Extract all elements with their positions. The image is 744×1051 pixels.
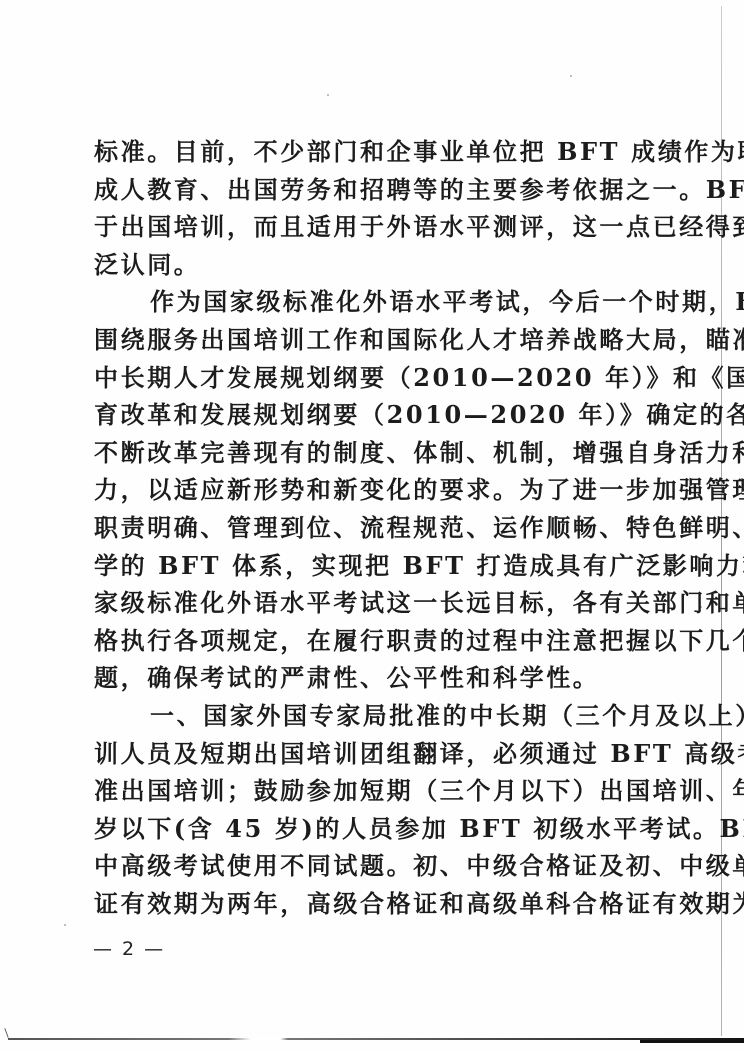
text-line: 中高级考试使用不同试题。初、中级合格证及初、中级单科合格	[94, 847, 666, 885]
text-line: 标准。目前，不少部门和企事业单位把 BFT 成绩作为职称评定、	[94, 133, 666, 171]
text-line: 不断改革完善现有的制度、体制、机制，增强自身活力和发展动	[94, 434, 666, 472]
text-line: 题，确保考试的严肃性、公平性和科学性。	[94, 659, 666, 697]
scan-edge-bottom-line	[8, 1038, 744, 1040]
scanned-page: 标准。目前，不少部门和企事业单位把 BFT 成绩作为职称评定、 成人教育、出国劳…	[0, 0, 744, 1051]
scan-edge-bottom-shadow	[640, 1040, 744, 1043]
text-line: 力，以适应新形势和新变化的要求。为了进一步加强管理，建立	[94, 471, 666, 509]
scan-speck	[64, 924, 66, 926]
text-line: 成人教育、出国劳务和招聘等的主要参考依据之一。BFT 不仅服务	[94, 171, 666, 209]
document-body: 标准。目前，不少部门和企事业单位把 BFT 成绩作为职称评定、 成人教育、出国劳…	[94, 133, 666, 922]
text-line: 岁以下(含 45 岁)的人员参加 BFT 初级水平考试。BFT 初级考试和	[94, 810, 666, 848]
text-line: 一、国家外国专家局批准的中长期（三个月及以上）出国培	[94, 697, 666, 735]
text-line: 泛认同。	[94, 246, 666, 284]
page-number: — 2 —	[93, 938, 165, 960]
paragraph-bft-goals: 作为国家级标准化外语水平考试，今后一个时期，BFT 要紧紧 围绕服务出国培训工作…	[94, 283, 666, 697]
text-line: 训人员及短期出国培训团组翻译，必须通过 BFT 高级考试才能获	[94, 735, 666, 773]
text-line: 证有效期为两年，高级合格证和高级单科合格证有效期为三年。	[94, 885, 666, 923]
text-line: 育改革和发展规划纲要（2010—2020 年）》确定的各项目标任务，	[94, 396, 666, 434]
text-line: 家级标准化外语水平考试这一长远目标，各有关部门和单位要严	[94, 584, 666, 622]
scan-speck	[327, 94, 329, 96]
text-line: 准出国培训；鼓励参加短期（三个月以下）出国培训、年龄在 45	[94, 772, 666, 810]
text-line: 格执行各项规定，在履行职责的过程中注意把握以下几个主要问	[94, 622, 666, 660]
text-line: 于出国培训，而且适用于外语水平测评，这一点已经得到社会广	[94, 208, 666, 246]
text-line: 围绕服务出国培训工作和国际化人才培养战略大局，瞄准《国家	[94, 321, 666, 359]
paragraph-item-one: 一、国家外国专家局批准的中长期（三个月及以上）出国培 训人员及短期出国培训团组翻…	[94, 697, 666, 923]
paragraph-continuation: 标准。目前，不少部门和企事业单位把 BFT 成绩作为职称评定、 成人教育、出国劳…	[94, 133, 666, 283]
text-line: 学的 BFT 体系，实现把 BFT 打造成具有广泛影响力和公信力的国	[94, 547, 666, 585]
text-line: 中长期人才发展规划纲要（2010—2020 年）》和《国家中长期教	[94, 359, 666, 397]
scan-edge-corner-mark	[4, 1028, 8, 1038]
text-line: 作为国家级标准化外语水平考试，今后一个时期，BFT 要紧紧	[94, 283, 666, 321]
scan-speck	[570, 75, 572, 77]
text-line: 职责明确、管理到位、流程规范、运作顺畅、特色鲜明、测试科	[94, 509, 666, 547]
